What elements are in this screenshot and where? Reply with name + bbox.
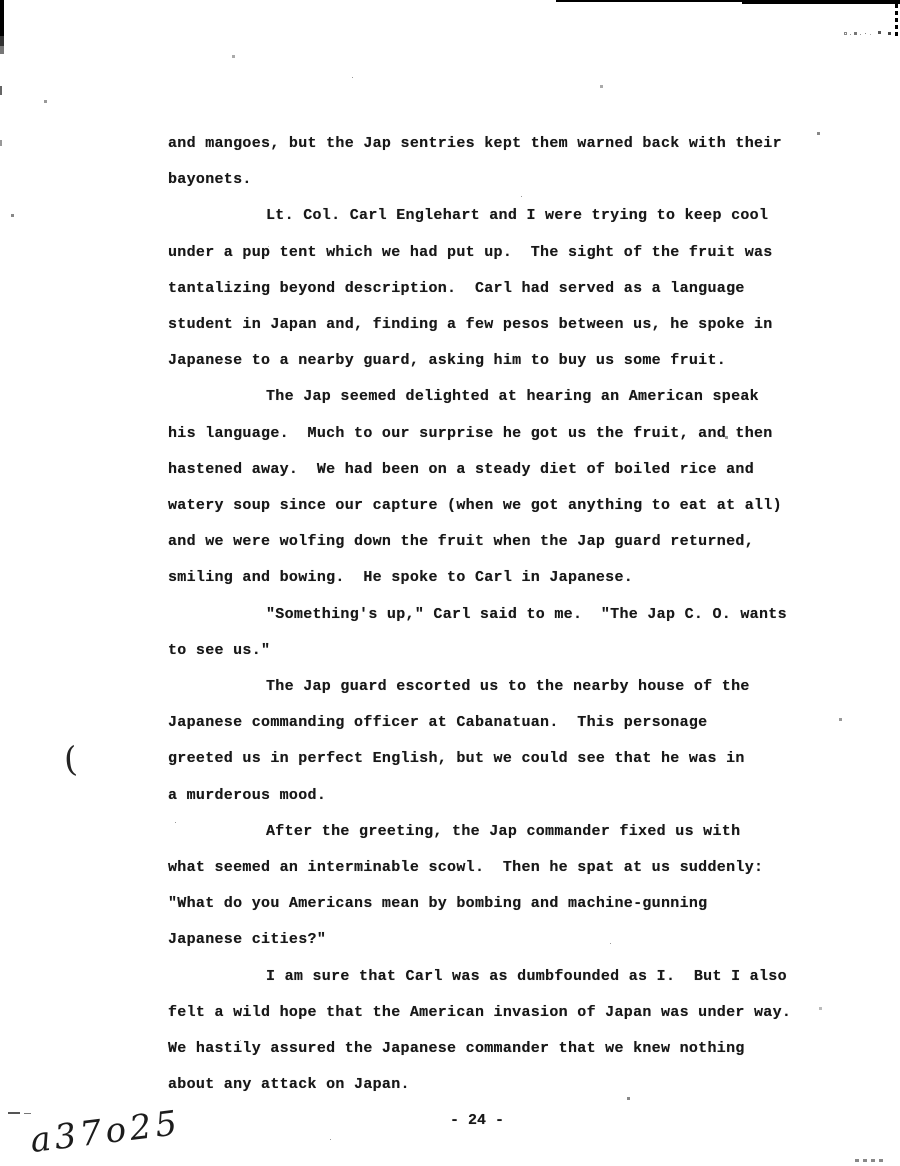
scan-edge-left-tick bbox=[0, 86, 2, 95]
typed-line: and mangoes, but the Jap sentries kept t… bbox=[168, 126, 828, 162]
scan-speckles bbox=[0, 0, 1, 1]
typed-line: watery soup since our capture (when we g… bbox=[168, 488, 828, 524]
handwritten-archive-code: a37o25 bbox=[28, 1103, 183, 1161]
typed-line: Japanese commanding officer at Cabanatua… bbox=[168, 705, 828, 741]
typed-line: Lt. Col. Carl Englehart and I were tryin… bbox=[168, 198, 828, 234]
scan-edge-top-bar bbox=[742, 0, 900, 4]
typed-line: hastened away. We had been on a steady d… bbox=[168, 452, 828, 488]
handwritten-paren-mark: ( bbox=[63, 740, 79, 781]
typed-line: smiling and bowing. He spoke to Carl in … bbox=[168, 560, 828, 596]
typed-line: After the greeting, the Jap commander fi… bbox=[168, 814, 828, 850]
typed-line: to see us." bbox=[168, 633, 828, 669]
typed-line: tantalizing beyond description. Carl had… bbox=[168, 271, 828, 307]
typed-line: Japanese cities?" bbox=[168, 922, 828, 958]
scan-edge-right-squiggle bbox=[895, 4, 898, 38]
typed-line: We hastily assured the Japanese commande… bbox=[168, 1031, 828, 1067]
typed-text-block: and mangoes, but the Jap sentries kept t… bbox=[168, 126, 828, 1103]
scan-dash-mark bbox=[8, 1112, 20, 1114]
typed-line: The Jap guard escorted us to the nearby … bbox=[168, 669, 828, 705]
typed-line: what seemed an interminable scowl. Then … bbox=[168, 850, 828, 886]
typed-line: a murderous mood. bbox=[168, 778, 828, 814]
typed-line: bayonets. bbox=[168, 162, 828, 198]
scan-dash-mark bbox=[24, 1113, 31, 1114]
typed-line: his language. Much to our surprise he go… bbox=[168, 416, 828, 452]
typed-line: felt a wild hope that the American invas… bbox=[168, 995, 828, 1031]
typed-line: student in Japan and, finding a few peso… bbox=[168, 307, 828, 343]
page-number: - 24 - bbox=[450, 1112, 504, 1129]
typed-line: "What do you Americans mean by bombing a… bbox=[168, 886, 828, 922]
scan-edge-top-line bbox=[556, 0, 746, 2]
scan-edge-left-tick bbox=[0, 140, 2, 146]
typed-line: Japanese to a nearby guard, asking him t… bbox=[168, 343, 828, 379]
typed-line: I am sure that Carl was as dumbfounded a… bbox=[168, 959, 828, 995]
document-page: and mangoes, but the Jap sentries kept t… bbox=[0, 0, 900, 1166]
scan-edge-left-streak bbox=[0, 0, 4, 54]
typed-line: The Jap seemed delighted at hearing an A… bbox=[168, 379, 828, 415]
typed-line: greeted us in perfect English, but we co… bbox=[168, 741, 828, 777]
typed-line: under a pup tent which we had put up. Th… bbox=[168, 235, 828, 271]
typed-line: about any attack on Japan. bbox=[168, 1067, 828, 1103]
scan-noise-marks bbox=[845, 33, 846, 34]
typed-line: and we were wolfing down the fruit when … bbox=[168, 524, 828, 560]
typed-line: "Something's up," Carl said to me. "The … bbox=[168, 597, 828, 633]
scan-noise-marks bbox=[855, 1159, 887, 1162]
